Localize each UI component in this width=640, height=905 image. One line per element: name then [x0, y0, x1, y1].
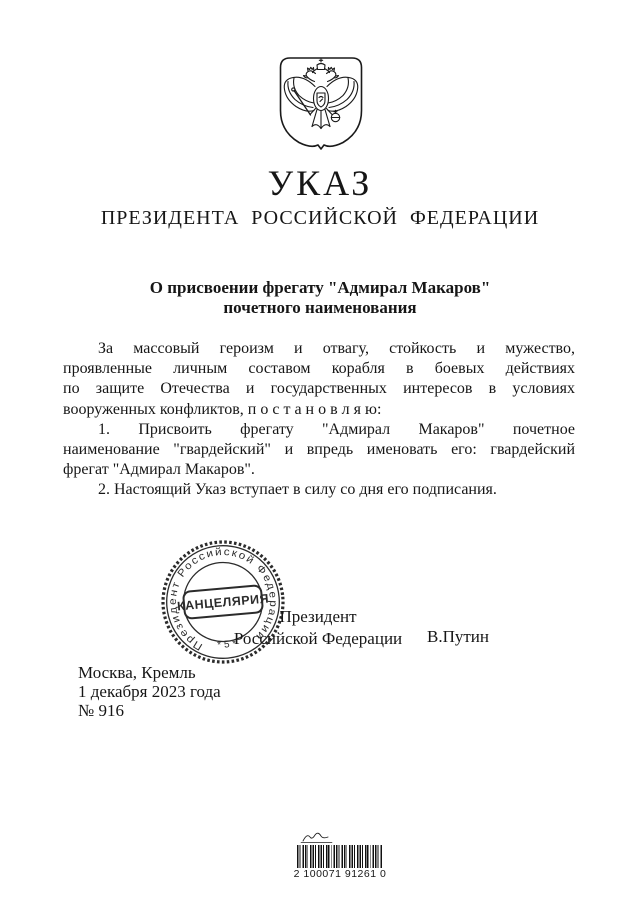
subject-line-2: почетного наименования	[64, 298, 576, 318]
body-line: по защите Отечества и государственных ин…	[63, 379, 575, 399]
doc-type-title: УКАЗ	[0, 162, 640, 204]
chancellery-stamp-icon: Президент Российской Федерации * 5 * КАН…	[151, 530, 294, 673]
body-line: вооруженных конфликтов, п о с т а н о в …	[63, 400, 575, 420]
body-line: наименование "гвардейский" и впредь имен…	[63, 440, 575, 460]
signature-title-line-1: Президент	[232, 606, 404, 628]
decree-body: За массовый героизм и отвагу, стойкость …	[63, 339, 575, 501]
barcode-digits: 2 100071 91261 0	[293, 868, 387, 880]
place-date-block: Москва, Кремль 1 декабря 2023 года № 916	[78, 663, 221, 720]
russia-coat-of-arms-icon	[279, 56, 363, 153]
place-line: Москва, Кремль	[78, 663, 221, 682]
body-line: 1. Присвоить фрегату "Адмирал Макаров" п…	[63, 420, 575, 440]
signature-name: В.Путин	[427, 627, 489, 647]
body-line: 2. Настоящий Указ вступает в силу со дня…	[63, 480, 575, 500]
body-line: проявленные личным составом корабля в бо…	[63, 359, 575, 379]
body-line: фрегат "Адмирал Макаров".	[63, 460, 575, 480]
handwritten-mark-icon	[299, 830, 337, 845]
signature-title: Президент Российской Федерации	[232, 606, 404, 649]
decree-subject: О присвоении фрегату "Адмирал Макаров" п…	[64, 278, 576, 318]
date-line: 1 декабря 2023 года	[78, 682, 221, 701]
decree-number: № 916	[78, 701, 221, 720]
decree-page: УКАЗ ПРЕЗИДЕНТА РОССИЙСКОЙ ФЕДЕРАЦИИ О п…	[0, 0, 640, 905]
body-line: За массовый героизм и отвагу, стойкость …	[63, 339, 575, 359]
barcode	[297, 845, 383, 868]
signature-title-line-2: Российской Федерации	[232, 628, 404, 650]
subject-line-1: О присвоении фрегату "Адмирал Макаров"	[64, 278, 576, 298]
issuer-line: ПРЕЗИДЕНТА РОССИЙСКОЙ ФЕДЕРАЦИИ	[0, 207, 640, 230]
